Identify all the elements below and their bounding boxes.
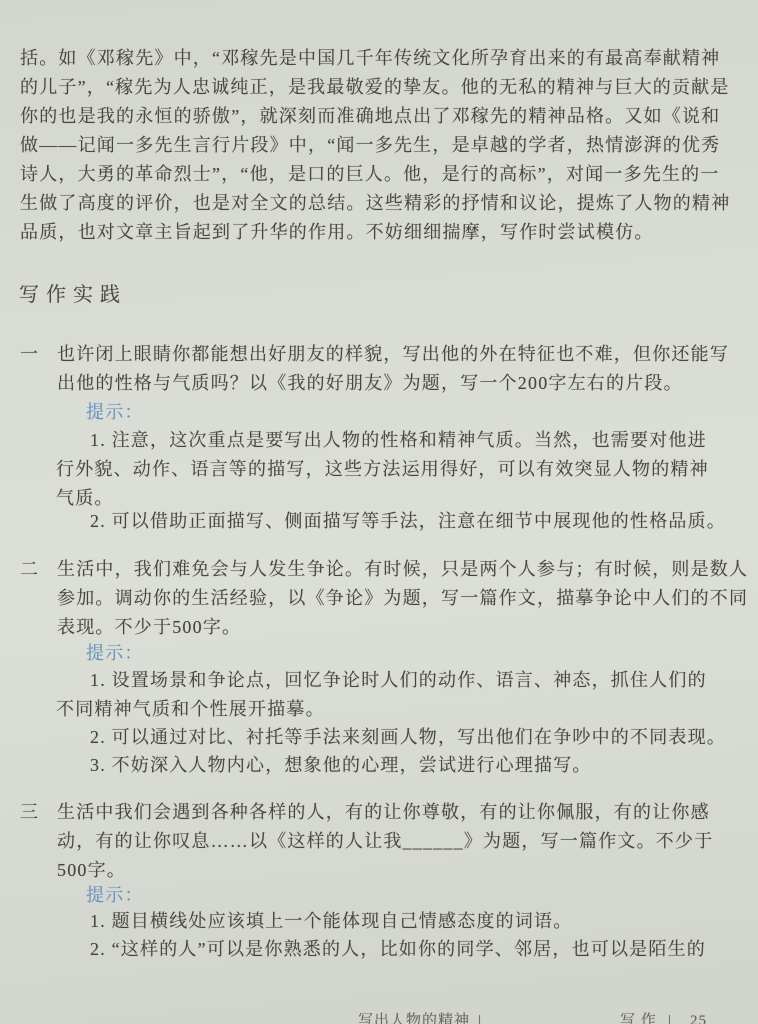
intro-paragraph: 括。如《邓稼先》中，“邓稼先是中国几千年传统文化所孕育出来的有最高奉献精神 的儿… xyxy=(20,44,750,247)
section-title: 写作实践 xyxy=(19,281,127,310)
task-1-hint-1: 1. 注意，这次重点是要写出人物的性格和精神气质。当然，也需要对他进 行外貌、动… xyxy=(56,426,750,513)
textbook-page: 括。如《邓稼先》中，“邓稼先是中国几千年传统文化所孕育出来的有最高奉献精神 的儿… xyxy=(0,0,758,1024)
task-1-number: 一 xyxy=(20,340,46,369)
task-2-hint-2: 2. 可以通过对比、衬托等手法来刻画人物，写出他们在争吵中的不同表现。 xyxy=(56,723,750,752)
task-1-hint-2: 2. 可以借助正面描写、侧面描写等手法，注意在细节中展现他的性格品质。 xyxy=(56,507,750,536)
task-2-hint-label: 提示： xyxy=(86,639,144,668)
task-1-text: 也许闭上眼睛你都能想出好朋友的样貌，写出他的外在特征也不难，但你还能写 出他的性… xyxy=(57,340,749,398)
task-3-hint-1: 1. 题目横线处应该填上一个能体现自己情感态度的词语。 xyxy=(56,907,750,936)
task-2-number: 二 xyxy=(20,555,46,584)
footer-section-name: 写 作 xyxy=(620,1012,657,1024)
footer-page-number: 25 xyxy=(690,1012,707,1024)
task-2-hint-3: 3. 不妨深入人物内心，想象他的心理，尝试进行心理描写。 xyxy=(56,751,750,780)
footer-divider-left: | xyxy=(478,1012,482,1024)
footer-chapter-title: 写出人物的精神 xyxy=(358,1012,470,1024)
footer-divider-right: | xyxy=(668,1012,672,1024)
task-3-hint-label: 提示： xyxy=(86,881,144,910)
task-1-hint-label: 提示： xyxy=(86,398,144,427)
task-2-hint-1: 1. 设置场景和争论点，回忆争论时人们的动作、语言、神态，抓住人们的 不同精神气… xyxy=(56,666,750,724)
task-2-text: 生活中，我们难免会与人发生争论。有时候，只是两个人参与；有时候，则是数人 参加。… xyxy=(57,555,749,642)
task-3-number: 三 xyxy=(20,798,46,827)
task-3-text: 生活中我们会遇到各种各样的人，有的让你尊敬，有的让你佩服，有的让你感 动，有的让… xyxy=(57,798,749,885)
task-3-hint-2: 2. “这样的人”可以是你熟悉的人，比如你的同学、邻居，也可以是陌生的 xyxy=(56,935,750,964)
